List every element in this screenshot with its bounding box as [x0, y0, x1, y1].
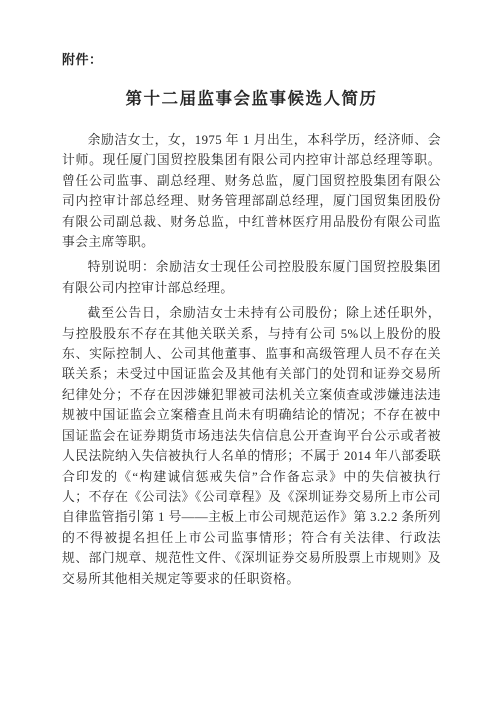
document-title: 第十二届监事会监事候选人简历: [62, 85, 441, 109]
paragraph-special-note: 特别说明：余励洁女士现任公司控股股东厦门国贸控股集团有限公司内控审计部总经理。: [62, 257, 441, 298]
attachment-label: 附件：: [62, 49, 441, 68]
paragraph-qualification: 截至公告日，余励洁女士未持有公司股份；除上述任职外，与控股股东不存在其他关联关系…: [62, 303, 441, 589]
paragraph-biography: 余励洁女士，女，1975 年 1 月出生，本科学历，经济师、会计师。现任厦门国贸…: [62, 130, 441, 252]
document-page: 附件： 第十二届监事会监事候选人简历 余励洁女士，女，1975 年 1 月出生，…: [0, 0, 500, 707]
